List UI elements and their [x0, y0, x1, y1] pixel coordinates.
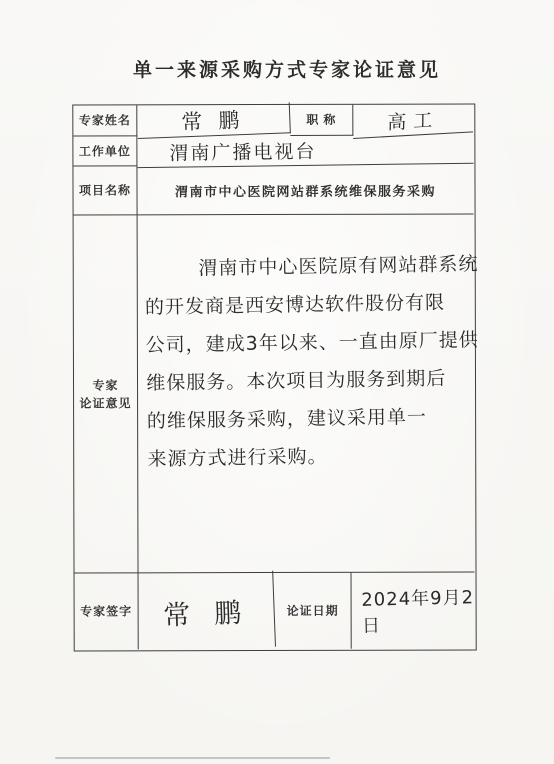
field-value-project-name: 渭南市中心医院网站群系统维保服务采购 [137, 165, 473, 215]
opinion-line: 的维保服务采购，建议采用单一 [147, 397, 466, 440]
field-label-expert-opinion: 专家 论证意见 [74, 215, 139, 573]
field-label-expert-opinion-line1: 专家 [92, 376, 118, 394]
field-label-signature: 专家签字 [75, 573, 139, 649]
field-value-expert-opinion: 渭南市中心医院原有网站群系统 的开发商是西安博达软件股份有限 公司，建成3年以来… [138, 214, 475, 573]
opinion-line: 维保服务。本次项目为服务到期后 [146, 359, 465, 402]
field-label-work-unit: 工作单位 [73, 136, 137, 166]
scan-edge-artifact [55, 757, 330, 759]
opinion-line: 渭南市中心医院原有网站群系统 [144, 245, 463, 288]
opinion-line: 的开发商是西安博达软件股份有限 [145, 283, 464, 326]
field-label-job-title: 职 称 [290, 105, 353, 136]
field-label-expert-name: 专家姓名 [73, 105, 137, 136]
field-value-review-date: 2024年9月2日 [351, 571, 476, 650]
field-label-project-name: 项目名称 [73, 166, 137, 215]
field-label-expert-opinion-line2: 论证意见 [80, 394, 132, 412]
handwritten-opinion-text: 渭南市中心医院原有网站群系统 的开发商是西安博达软件股份有限 公司，建成3年以来… [144, 245, 466, 478]
field-value-signature: 常鹏 [137, 571, 276, 652]
field-value-expert-name: 常鹏 [137, 102, 291, 139]
expert-opinion-form-table: 专家姓名 常鹏 职 称 高工 工作单位 渭南广播电视台 项目名称 渭南市中心医院… [72, 103, 476, 651]
opinion-line: 公司，建成3年以来、一直由原厂提供 [145, 321, 464, 364]
opinion-line: 来源方式进行采购。 [147, 435, 466, 478]
field-label-review-date: 论证日期 [275, 573, 352, 649]
page-title: 单一来源采购方式专家论证意见 [10, 55, 554, 82]
field-value-work-unit: 渭南广播电视台 [137, 134, 473, 168]
